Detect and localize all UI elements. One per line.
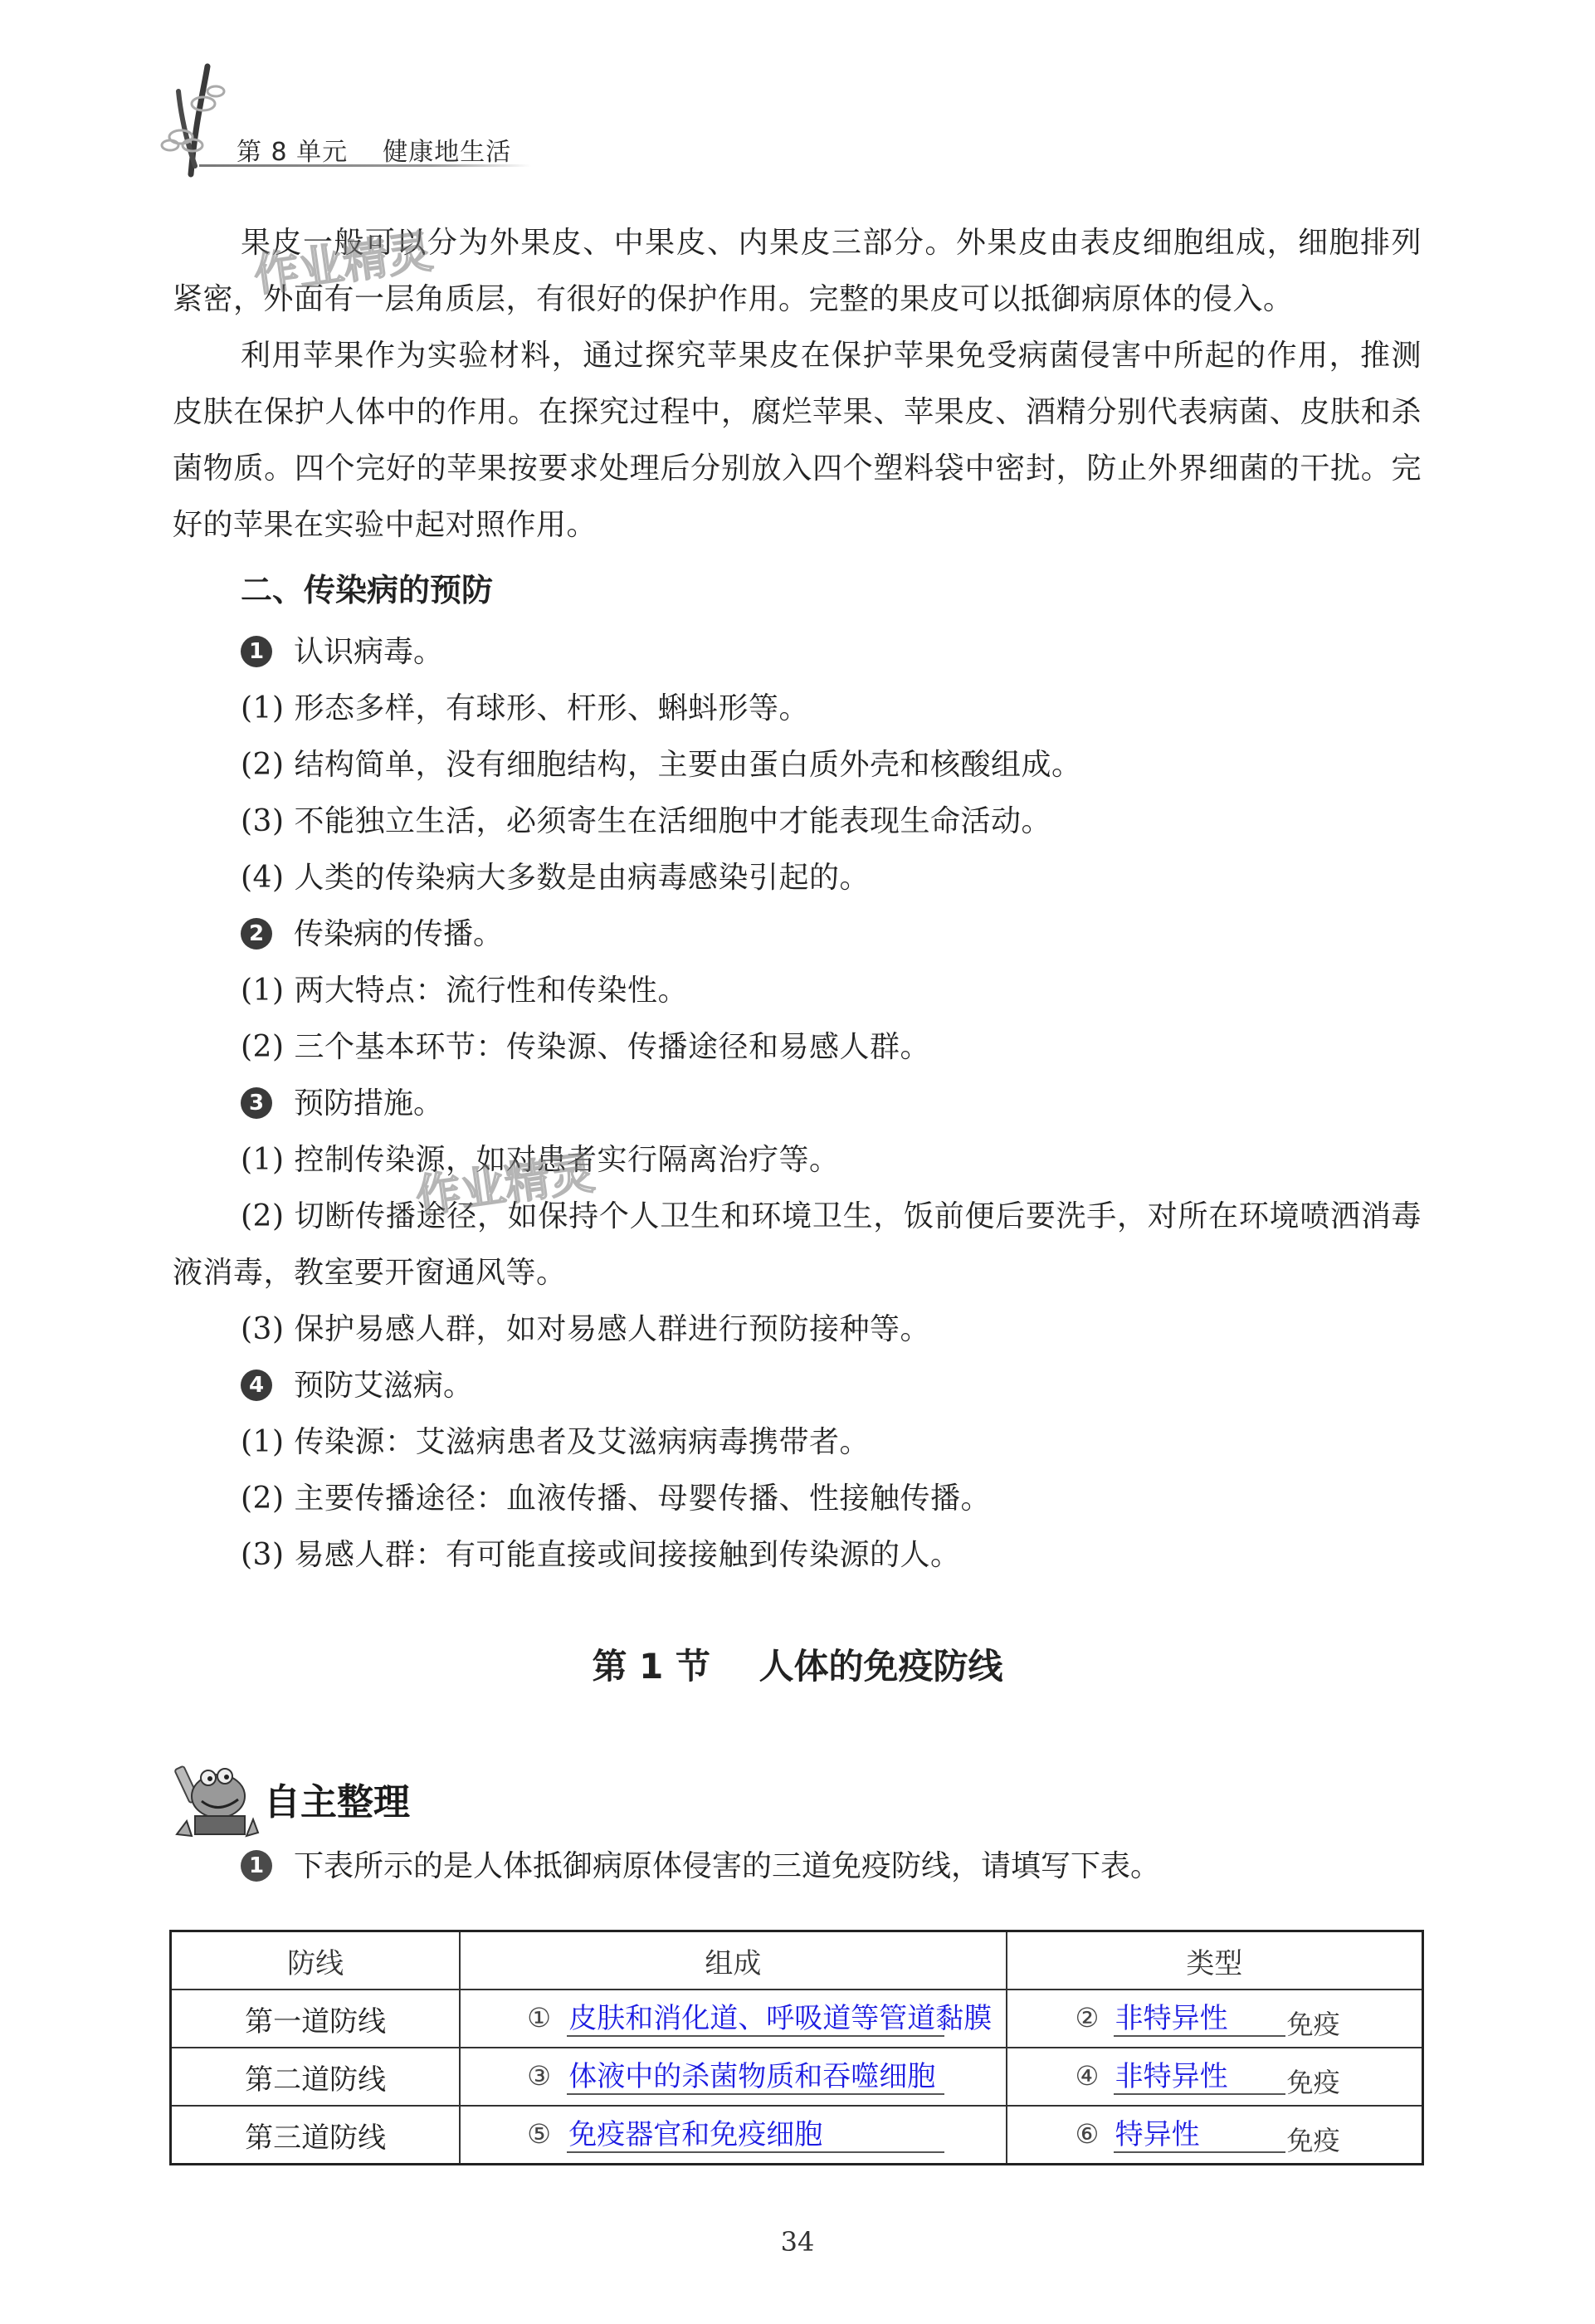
answer-text[interactable]: 特异性 bbox=[1115, 2112, 1200, 2152]
table-row: 第二道防线 ③ 体液中的杀菌物质和吞噬细胞 ④ 非特异性 免疫 bbox=[171, 2048, 1423, 2106]
number-badge: 1 bbox=[241, 1850, 272, 1882]
list-item: (3) 不能独立生活，必须寄生在活细胞中才能表现生命活动。 bbox=[241, 793, 1051, 850]
topic-heading: 1认识病毒。 bbox=[241, 624, 443, 681]
section-heading: 二、传染病的预防 bbox=[241, 564, 493, 610]
column-header: 组成 bbox=[460, 1931, 1006, 1990]
self-study-heading: 自主整理 bbox=[264, 1772, 410, 1825]
question-text: 下表所示的是人体抵御病原体侵害的三道免疫防线，请填写下表。 bbox=[294, 1849, 1160, 1883]
defense-line-cell: 第二道防线 bbox=[171, 2048, 461, 2106]
list-item: (1) 传染源：艾滋病患者及艾滋病病毒携带者。 bbox=[241, 1414, 870, 1471]
composition-cell: ① 皮肤和消化道、呼吸道等管道黏膜 bbox=[460, 1990, 1006, 2048]
header-divider bbox=[199, 164, 531, 167]
suffix-label: 免疫 bbox=[1287, 2062, 1340, 2100]
answer-text[interactable]: 免疫器官和免疫细胞 bbox=[568, 2112, 822, 2152]
list-item: (3) 保护易感人群，如对易感人群进行预防接种等。 bbox=[241, 1301, 930, 1358]
number-badge: 3 bbox=[241, 1087, 272, 1119]
topic-title: 传染病的传播。 bbox=[294, 917, 503, 951]
table-row: 第一道防线 ① 皮肤和消化道、呼吸道等管道黏膜 ② 非特异性 免疫 bbox=[171, 1990, 1423, 2048]
number-badge: 2 bbox=[241, 918, 272, 950]
intro-paragraph: 利用苹果作为实验材料，通过探究苹果皮在保护苹果免受病菌侵害中所起的作用，推测皮肤… bbox=[173, 328, 1422, 554]
suffix-label: 免疫 bbox=[1287, 2120, 1340, 2158]
composition-cell: ③ 体液中的杀菌物质和吞噬细胞 bbox=[460, 2048, 1006, 2106]
frog-mascot-icon bbox=[170, 1761, 261, 1844]
list-item: (1) 形态多样，有球形、杆形、蝌蚪形等。 bbox=[241, 681, 809, 737]
answer-text[interactable]: 非特异性 bbox=[1115, 1995, 1228, 2036]
blank-number: ③ bbox=[527, 2060, 551, 2092]
intro-paragraph: 果皮一般可以分为外果皮、中果皮、内果皮三部分。外果皮由表皮细胞组成，细胞排列紧密… bbox=[173, 215, 1422, 328]
blank-number: ④ bbox=[1076, 2060, 1100, 2092]
topic-title: 预防措施。 bbox=[294, 1086, 443, 1120]
immune-defense-table: 防线 组成 类型 第一道防线 ① 皮肤和消化道、呼吸道等管道黏膜 ② 非特异性 … bbox=[169, 1930, 1424, 2165]
answer-text[interactable]: 皮肤和消化道、呼吸道等管道黏膜 bbox=[568, 1995, 992, 2036]
list-item: (2) 结构简单，没有细胞结构，主要由蛋白质外壳和核酸组成。 bbox=[241, 737, 1081, 793]
unit-title: 第 8 单元 健康地生活 bbox=[237, 131, 511, 168]
defense-line-cell: 第一道防线 bbox=[171, 1990, 461, 2048]
list-item: (2) 三个基本环节：传染源、传播途径和易感人群。 bbox=[241, 1019, 930, 1076]
type-cell: ⑥ 特异性 免疫 bbox=[1007, 2106, 1423, 2165]
list-item: (1) 两大特点：流行性和传染性。 bbox=[241, 963, 688, 1019]
type-cell: ④ 非特异性 免疫 bbox=[1007, 2048, 1423, 2106]
topic-title: 认识病毒。 bbox=[294, 635, 443, 669]
answer-text[interactable]: 体液中的杀菌物质和吞噬细胞 bbox=[568, 2053, 935, 2094]
suffix-label: 免疫 bbox=[1287, 2004, 1340, 2042]
question-prompt: 1下表所示的是人体抵御病原体侵害的三道免疫防线，请填写下表。 bbox=[241, 1838, 1160, 1895]
type-cell: ② 非特异性 免疫 bbox=[1007, 1990, 1423, 2048]
topic-heading: 4预防艾滋病。 bbox=[241, 1358, 473, 1414]
lesson-title: 第 1 节 人体的免疫防线 bbox=[0, 1639, 1595, 1689]
answer-text[interactable]: 非特异性 bbox=[1115, 2053, 1228, 2094]
list-item: (2) 主要传播途径：血液传播、母婴传播、性接触传播。 bbox=[241, 1471, 991, 1527]
composition-cell: ⑤ 免疫器官和免疫细胞 bbox=[460, 2106, 1006, 2165]
list-item: (3) 易感人群：有可能直接或间接接触到传染源的人。 bbox=[241, 1527, 960, 1584]
topic-heading: 2传染病的传播。 bbox=[241, 906, 503, 963]
number-badge: 1 bbox=[241, 636, 272, 667]
blank-number: ⑥ bbox=[1076, 2118, 1100, 2150]
column-header: 防线 bbox=[171, 1931, 461, 1990]
list-item: (1) 控制传染源，如对患者实行隔离治疗等。 bbox=[241, 1132, 839, 1189]
table-row: 第三道防线 ⑤ 免疫器官和免疫细胞 ⑥ 特异性 免疫 bbox=[171, 2106, 1423, 2165]
list-item: (4) 人类的传染病大多数是由病毒感染引起的。 bbox=[241, 850, 870, 906]
list-item: (2) 切断传播途径，如保持个人卫生和环境卫生，饭前便后要洗手，对所在环境喷洒消… bbox=[173, 1189, 1422, 1301]
number-badge: 4 bbox=[241, 1369, 272, 1401]
column-header: 类型 bbox=[1007, 1931, 1423, 1990]
table-header-row: 防线 组成 类型 bbox=[171, 1931, 1423, 1990]
defense-line-cell: 第三道防线 bbox=[171, 2106, 461, 2165]
topic-title: 预防艾滋病。 bbox=[294, 1369, 473, 1403]
blank-number: ② bbox=[1076, 2002, 1100, 2033]
blank-number: ① bbox=[527, 2002, 551, 2033]
page-number: 34 bbox=[0, 2226, 1595, 2258]
topic-heading: 3预防措施。 bbox=[241, 1076, 443, 1132]
blank-number: ⑤ bbox=[527, 2118, 551, 2150]
